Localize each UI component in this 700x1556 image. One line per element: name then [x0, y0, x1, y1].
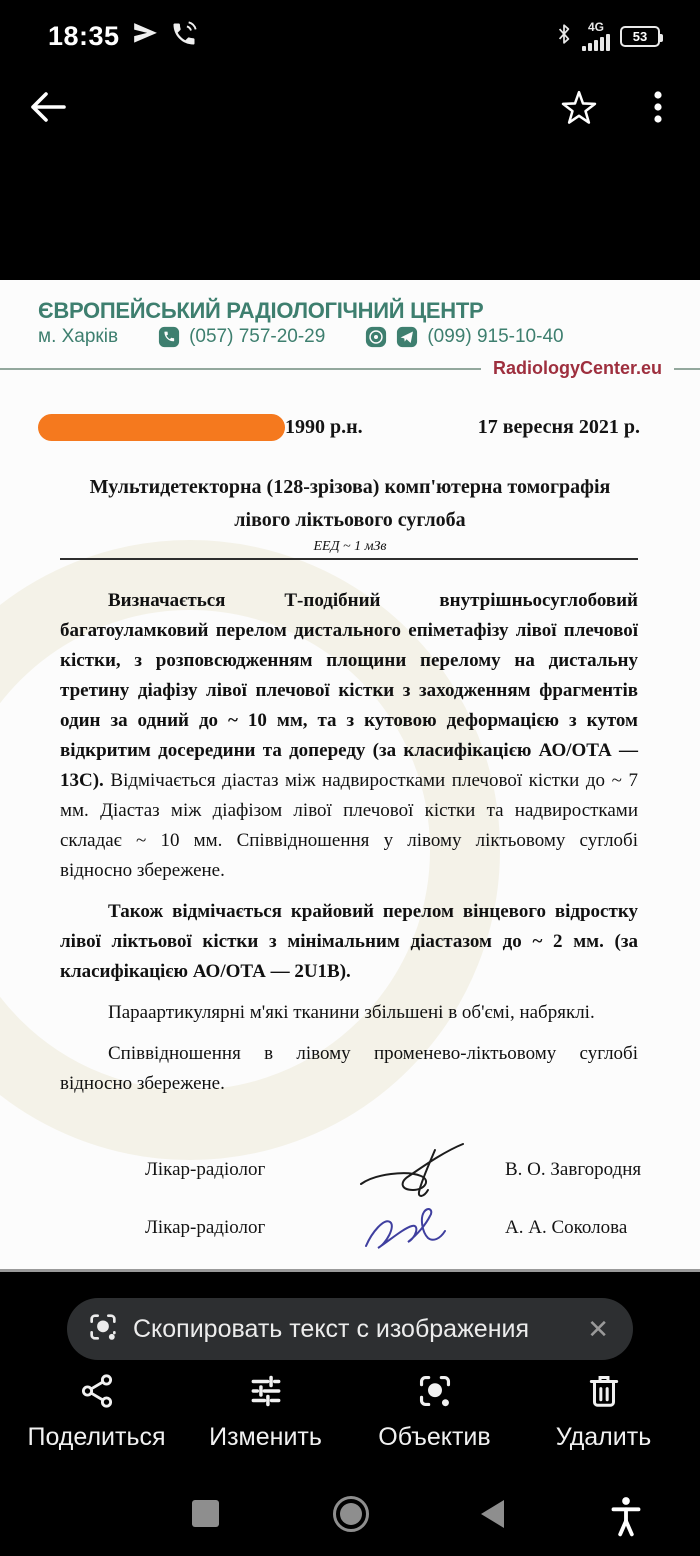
radiology-report-photo[interactable]: ЄВРОПЕЙСЬКИЙ РАДІОЛОГІЧНИЙ ЦЕНТР м. Харк…: [0, 280, 700, 1272]
doctor-name: В. О. Завгородня: [505, 1159, 641, 1181]
back-arrow-icon: [26, 86, 70, 135]
signature-2: [340, 1202, 490, 1254]
redacted-patient-name: [38, 414, 285, 441]
header-divider: RadiologyCenter.eu: [0, 358, 700, 380]
telegram-icon: [396, 326, 418, 348]
google-lens-icon: [87, 1311, 119, 1348]
report-date: 17 вересня 2021 р.: [478, 416, 640, 439]
doctor-name: А. А. Соколова: [505, 1217, 627, 1239]
accessibility-button[interactable]: [606, 1494, 646, 1543]
copy-text-label: Скопировать текст с изображения: [133, 1315, 529, 1344]
report-title: Мультидетекторна (128-зрізова) комп'ютер…: [0, 471, 700, 537]
overflow-menu-button[interactable]: [640, 88, 676, 133]
photo-action-bar: Поделиться Изменить Объектив: [0, 1372, 700, 1452]
clinic-name: ЄВРОПЕЙСЬКИЙ РАДІОЛОГІЧНИЙ ЦЕНТР: [38, 298, 700, 324]
clinic-contacts: м. Харків (057) 757-20-29 (099) 915-10-4…: [38, 326, 700, 348]
three-dot-menu-icon: [640, 88, 676, 133]
clock: 18:35: [48, 21, 120, 52]
findings-paragraph: Параартикулярні м'які тканини збільшені …: [60, 998, 638, 1028]
cellular-signal-icon: 4G: [582, 22, 610, 51]
doctor-role: Лікар-радіолог: [145, 1217, 340, 1239]
signature-block: Лікар-радіолог В. О. Завгородня Лікар-ра…: [0, 1141, 700, 1272]
close-icon[interactable]: ✕: [583, 1312, 613, 1346]
patient-row: 1990 р.н. 17 вересня 2021 р.: [38, 414, 640, 441]
clinic-website: RadiologyCenter.eu: [481, 358, 674, 379]
google-lens-icon: [416, 1372, 454, 1415]
share-button[interactable]: Поделиться: [12, 1372, 181, 1452]
signature-3: [340, 1266, 490, 1272]
phone-screen: 18:35 4G 53: [0, 0, 700, 1556]
home-button[interactable]: [333, 1496, 369, 1532]
signature-row: Лікар-радіолог А. А. Соколова: [0, 1199, 700, 1257]
battery-percent: 53: [633, 29, 647, 44]
dose-note: ЕЕД ~ 1 мЗв: [0, 539, 700, 555]
bluetooth-icon: [556, 23, 572, 50]
clinic-city: м. Харків: [38, 326, 118, 348]
back-button[interactable]: [26, 86, 70, 135]
findings-text: Визначається Т-подібний внутрішньосуглоб…: [60, 586, 638, 1099]
telegram-notification-icon: [132, 21, 158, 52]
viber-icon: [365, 326, 387, 348]
copy-text-from-image-chip[interactable]: Скопировать текст с изображения ✕: [67, 1298, 633, 1360]
signature-1: [340, 1140, 490, 1200]
findings-paragraph: Також відмічається крайовий перелом вінц…: [60, 897, 638, 987]
clinic-phone-1: (057) 757-20-29: [189, 326, 325, 348]
share-icon: [78, 1372, 116, 1415]
findings-paragraph: Співвідношення в лівому променево-ліктьо…: [60, 1039, 638, 1099]
delete-button[interactable]: Удалить: [519, 1372, 688, 1452]
status-bar: 18:35 4G 53: [0, 0, 700, 62]
tune-sliders-icon: [247, 1372, 285, 1415]
title-rule: [60, 558, 638, 560]
trash-icon: [585, 1372, 623, 1415]
edit-button[interactable]: Изменить: [181, 1372, 350, 1452]
edit-label: Изменить: [209, 1423, 322, 1452]
photo-viewer-app-bar: [0, 62, 700, 182]
recents-button[interactable]: [192, 1500, 219, 1527]
lens-button[interactable]: Объектив: [350, 1372, 519, 1452]
clinic-phone-2: (099) 915-10-40: [427, 326, 563, 348]
signature-row: Лікар-радіолог В. О. Завгородня: [0, 1141, 700, 1199]
lens-label: Объектив: [378, 1423, 490, 1452]
delete-label: Удалить: [556, 1423, 651, 1452]
star-icon: [558, 88, 600, 135]
birth-year: 1990 р.н.: [285, 416, 363, 439]
signature-row: Лікар-радіолог-інтерн В. А. Шоєтова: [0, 1257, 700, 1272]
favorite-button[interactable]: [558, 88, 600, 135]
active-call-icon: [170, 20, 198, 53]
battery-icon: 53: [620, 26, 660, 47]
findings-paragraph: Визначається Т-подібний внутрішньосуглоб…: [60, 586, 638, 886]
doctor-role: Лікар-радіолог: [145, 1159, 340, 1181]
share-label: Поделиться: [27, 1423, 165, 1452]
android-nav-bar: [0, 1488, 700, 1556]
phone-icon: [158, 326, 180, 348]
home-circle-icon: [340, 1503, 362, 1525]
nav-back-button[interactable]: [481, 1500, 504, 1528]
